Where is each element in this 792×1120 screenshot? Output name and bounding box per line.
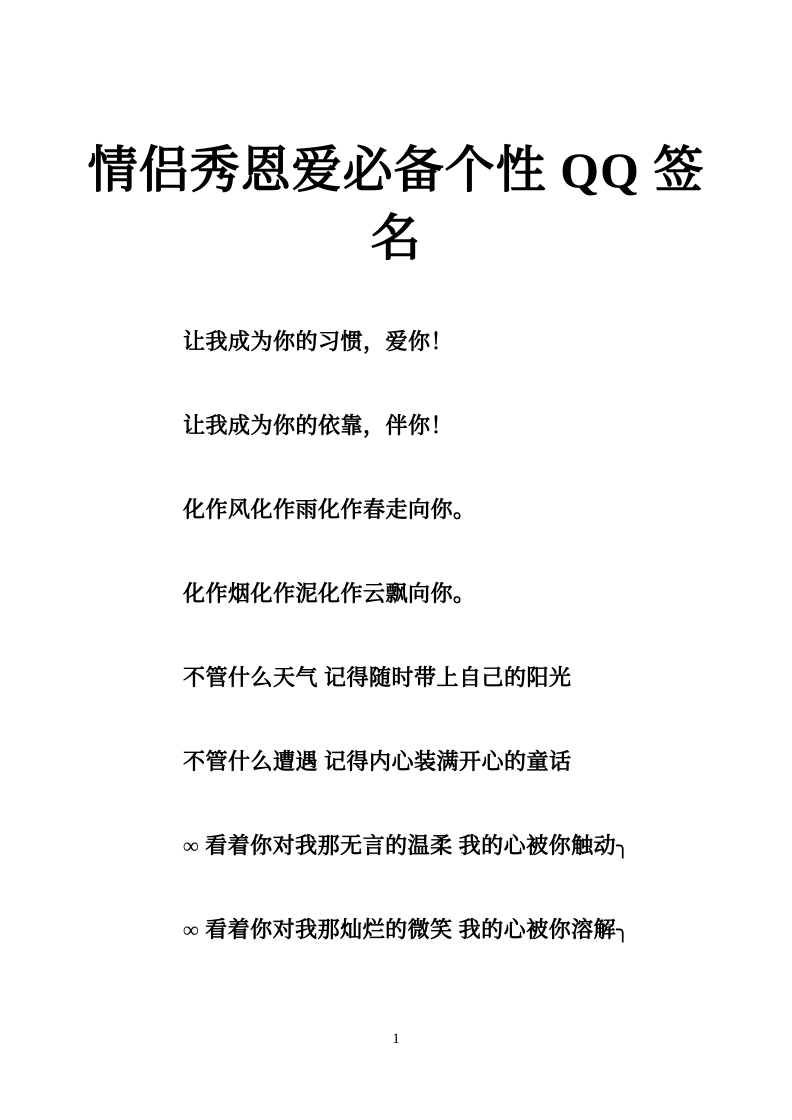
signature-line-2: 让我成为你的依靠，伴你！ [183, 415, 752, 437]
signature-line-3: 化作风化作雨化作春走向你。 [183, 499, 752, 521]
signature-line-1: 让我成为你的习惯，爱你！ [183, 331, 752, 353]
document-body: 让我成为你的习惯，爱你！ 让我成为你的依靠，伴你！ 化作风化作雨化作春走向你。 … [183, 331, 752, 1003]
page-title-line-1: 情侣秀恩爱必备个性 QQ 签 [0, 136, 792, 204]
document-page: 情侣秀恩爱必备个性 QQ 签 名 让我成为你的习惯，爱你！ 让我成为你的依靠，伴… [0, 0, 792, 1120]
signature-line-6: 不管什么遭遇 记得内心装满开心的童话 [183, 751, 752, 773]
page-footer: 1 [0, 1029, 792, 1049]
signature-line-8: ∞ 看着你对我那灿烂的微笑 我的心被你溶解╮ [183, 919, 752, 941]
page-number: 1 [392, 1031, 400, 1047]
signature-line-5: 不管什么天气 记得随时带上自己的阳光 [183, 667, 752, 689]
signature-line-7: ∞ 看着你对我那无言的温柔 我的心被你触动╮ [183, 835, 752, 857]
page-title-line-2: 名 [0, 204, 792, 272]
signature-line-4: 化作烟化作泥化作云飘向你。 [183, 583, 752, 605]
page-title: 情侣秀恩爱必备个性 QQ 签 名 [0, 136, 792, 272]
